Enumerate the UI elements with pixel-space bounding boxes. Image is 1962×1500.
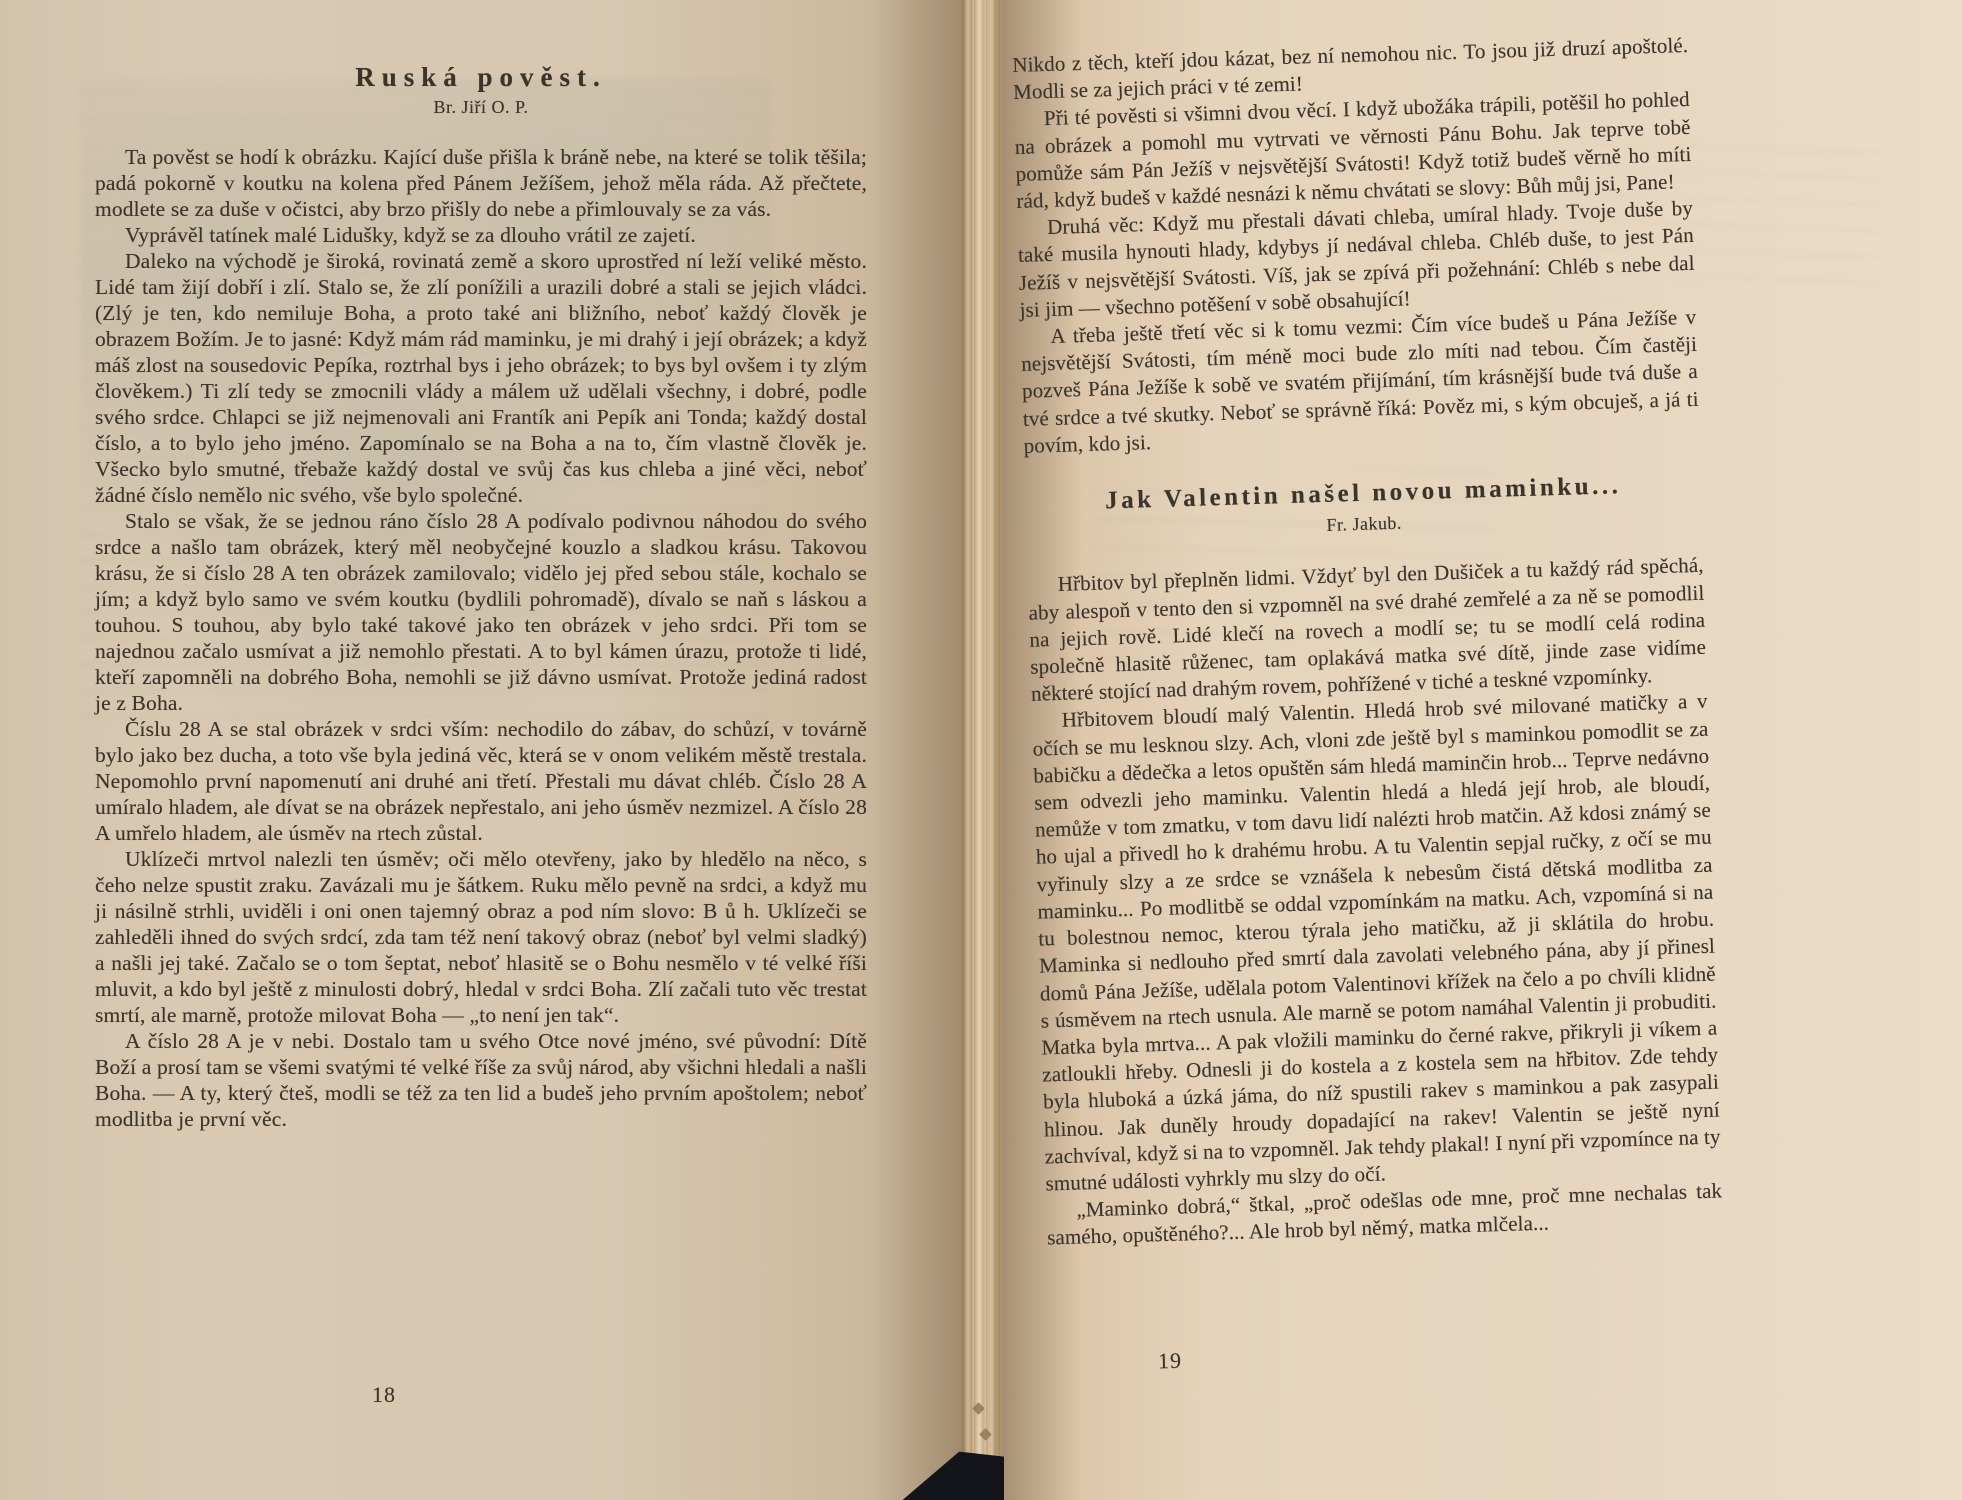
paragraph: Stalo se však, že se jednou ráno číslo 2… xyxy=(95,508,867,716)
paragraph: Vyprávěl tatínek malé Lidušky, když se z… xyxy=(95,222,867,248)
binding-page-edges xyxy=(962,0,1002,1500)
paragraph: A třeba ještě třetí věc si k tomu vezmi:… xyxy=(1020,304,1700,460)
book-spread-scan: Ruská pověst. Br. Jiří O. P. Ta pověst s… xyxy=(0,0,1962,1500)
right-page-text-column: Nikdo z těch, kteří jdou kázat, bez ní n… xyxy=(1012,32,1723,1252)
paragraph: Hřbitov byl přeplněn lidmi. Vždyť byl de… xyxy=(1027,552,1707,708)
paragraph: Uklízeči mrtvol nalezli ten úsměv; oči m… xyxy=(95,846,867,1028)
story-byline: Br. Jiří O. P. xyxy=(95,94,867,120)
paragraph: Daleko na východě je široká, rovinatá ze… xyxy=(95,248,867,508)
story-title-ruska-povest: Ruská pověst. xyxy=(95,64,867,90)
book-cover-edge xyxy=(962,1492,1002,1500)
paragraph: Druhá věc: Když mu přestali dávati chleb… xyxy=(1017,195,1696,324)
paragraph: A číslo 28 A je v nebi. Dostalo tam u sv… xyxy=(95,1028,867,1132)
paragraph: Při té pověsti si všimni dvou věcí. I kd… xyxy=(1014,86,1693,215)
paragraph: Číslu 28 A se stal obrázek v srdci vším:… xyxy=(95,716,867,846)
page-number-18: 18 xyxy=(372,1382,396,1408)
left-page-text-column: Ruská pověst. Br. Jiří O. P. Ta pověst s… xyxy=(95,64,867,1132)
paragraph: Ta pověst se hodí k obrázku. Kající duše… xyxy=(95,144,867,222)
page-number-19: 19 xyxy=(1158,1348,1183,1375)
paragraph: Hřbitovem bloudí malý Valentin. Hledá hr… xyxy=(1031,688,1721,1197)
gutter-shadow xyxy=(872,0,962,1500)
